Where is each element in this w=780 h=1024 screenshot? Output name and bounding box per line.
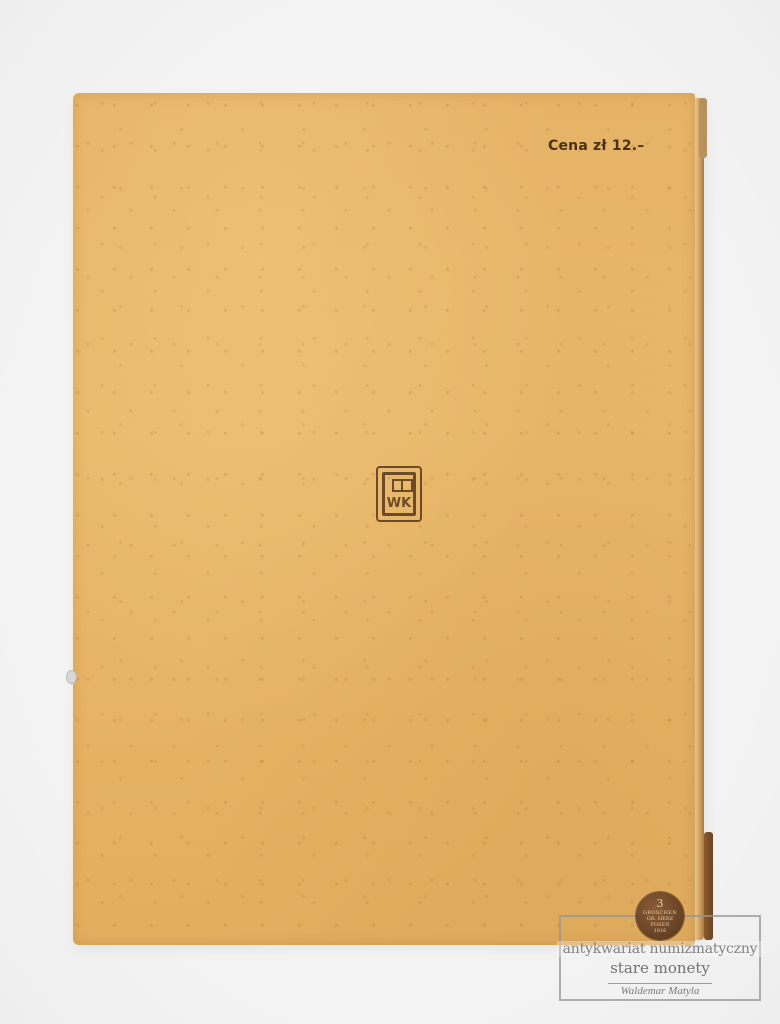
price-label: Cena zł 12.– [548,138,644,154]
coin-text-4: 1816 [636,928,684,934]
coin-logo-icon: 3 GROSCHEN GR. HERZ POSEN 1816 [636,892,684,940]
logo-frame: WK [382,472,416,516]
publisher-logo: WK [376,466,422,522]
watermark-tagline: stare monety [561,959,759,977]
logo-text: WK [385,497,413,511]
spine-tear-top [699,98,707,158]
watermark-divider [608,983,712,984]
watermark-shop-name: antykwariat numizmatyczny [557,941,763,957]
open-book-icon [392,479,413,492]
watermark-owner: Waldemar Matyla [561,985,759,997]
coin-value: 3 [636,898,684,909]
page-tab-nub [66,670,77,684]
